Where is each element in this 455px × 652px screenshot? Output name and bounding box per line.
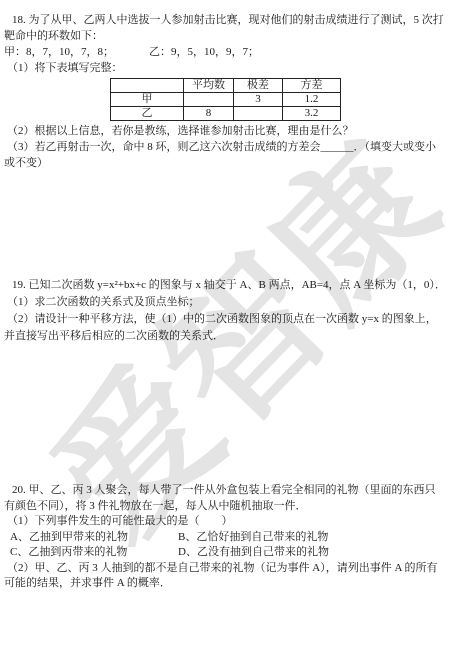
q20-option-a: A、乙抽到甲带来的礼物 (10, 530, 178, 546)
q18-part3-line-1: （3）若乙再射击一次，命中 8 环，则乙这六次射击成绩的方差会______．（填… (0, 139, 455, 155)
q18-scores-line: 甲：8，7，10，7，8；乙：9，5，10，9，7； (0, 44, 455, 60)
score-table-row-yi: 乙 8 3.2 (111, 107, 341, 121)
score-table-yi-range (234, 107, 283, 121)
q19-intro-line: 19. 已知二次函数 y=x²+bx+c 的图象与 x 轴交于 A、B 两点，A… (0, 277, 455, 294)
score-table-header-mean: 平均数 (184, 79, 234, 93)
q19-part2-line-1: （2）请设计一种平移方法，使（1）中的二次函数图象的顶点在一次函数 y=x 的图… (0, 311, 455, 328)
score-table-header-row: 平均数 极差 方差 (111, 79, 341, 93)
score-table-header-variance: 方差 (283, 79, 341, 93)
q20-options-row-2: C、乙抽到丙带来的礼物D、乙没有抽到自己带来的礼物 (0, 545, 455, 561)
score-table-jia-range: 3 (234, 93, 283, 107)
score-table-jia-variance: 1.2 (283, 93, 341, 107)
q18-scores-jia: 甲：8，7，10，7，8； (4, 44, 149, 60)
q20-part2-line-1: （2）甲、乙、丙 3 人抽到的都不是自己带来的礼物（记为事件 A），请列出事件 … (0, 561, 455, 577)
question-19: 19. 已知二次函数 y=x²+bx+c 的图象与 x 轴交于 A、B 两点，A… (0, 277, 455, 345)
q19-part2-line-2: 并直接写出平移后相应的二次函数的关系式． (0, 328, 455, 345)
score-table-header-empty (111, 79, 184, 93)
worksheet-page: 爱智康 18. 为了从甲、乙两人中选拔一人参加射击比赛，现对他们的射击成绩进行了… (0, 0, 455, 652)
q20-option-d: D、乙没有抽到自己带来的礼物 (178, 546, 329, 558)
score-table-row-jia: 甲 3 1.2 (111, 93, 341, 107)
q18-part3-line-2: 或不变） (0, 155, 455, 171)
worksheet-content: 18. 为了从甲、乙两人中选拔一人参加射击比赛，现对他们的射击成绩进行了测试，5… (0, 0, 455, 652)
q20-intro-line-1: 20. 甲、乙、丙 3 人聚会，每人带了一件从外盒包装上看完全相同的礼物（里面的… (0, 483, 455, 499)
q20-intro-line-2: 有颜色不同），将 3 件礼物放在一起，每人从中随机抽取一件． (0, 499, 455, 515)
score-table-yi-label: 乙 (111, 107, 184, 121)
q19-part1-line: （1）求二次函数的关系式及顶点坐标； (0, 294, 455, 311)
score-table-jia-label: 甲 (111, 93, 184, 107)
q18-scores-yi: 乙：9，5，10，9，7； (149, 46, 259, 58)
q20-part2-line-2: 可能的结果，并求事件 A 的概率． (0, 576, 455, 592)
q18-intro-line-1: 18. 为了从甲、乙两人中选拔一人参加射击比赛，现对他们的射击成绩进行了测试，5… (0, 12, 455, 28)
q18-part2-line: （2）根据以上信息，若你是教练，选择谁参加射击比赛，理由是什么？ (0, 123, 455, 139)
q18-part1-prompt: （1）将下表填写完整： (0, 60, 455, 76)
q20-option-c: C、乙抽到丙带来的礼物 (10, 545, 178, 561)
q20-part1-prompt: （1）下列事件发生的可能性最大的是（ ） (0, 514, 455, 530)
question-20: 20. 甲、乙、丙 3 人聚会，每人带了一件从外盒包装上看完全相同的礼物（里面的… (0, 483, 455, 592)
score-table: 平均数 极差 方差 甲 3 1.2 乙 8 3.2 (110, 78, 341, 121)
q20-options-row-1: A、乙抽到甲带来的礼物B、乙恰好抽到自己带来的礼物 (0, 530, 455, 546)
score-table-header-range: 极差 (234, 79, 283, 93)
q20-option-b: B、乙恰好抽到自己带来的礼物 (178, 531, 328, 543)
q18-intro-line-2: 靶命中的环数如下： (0, 28, 455, 44)
question-18: 18. 为了从甲、乙两人中选拔一人参加射击比赛，现对他们的射击成绩进行了测试，5… (0, 12, 455, 171)
score-table-yi-mean: 8 (184, 107, 234, 121)
score-table-yi-variance: 3.2 (283, 107, 341, 121)
score-table-jia-mean (184, 93, 234, 107)
